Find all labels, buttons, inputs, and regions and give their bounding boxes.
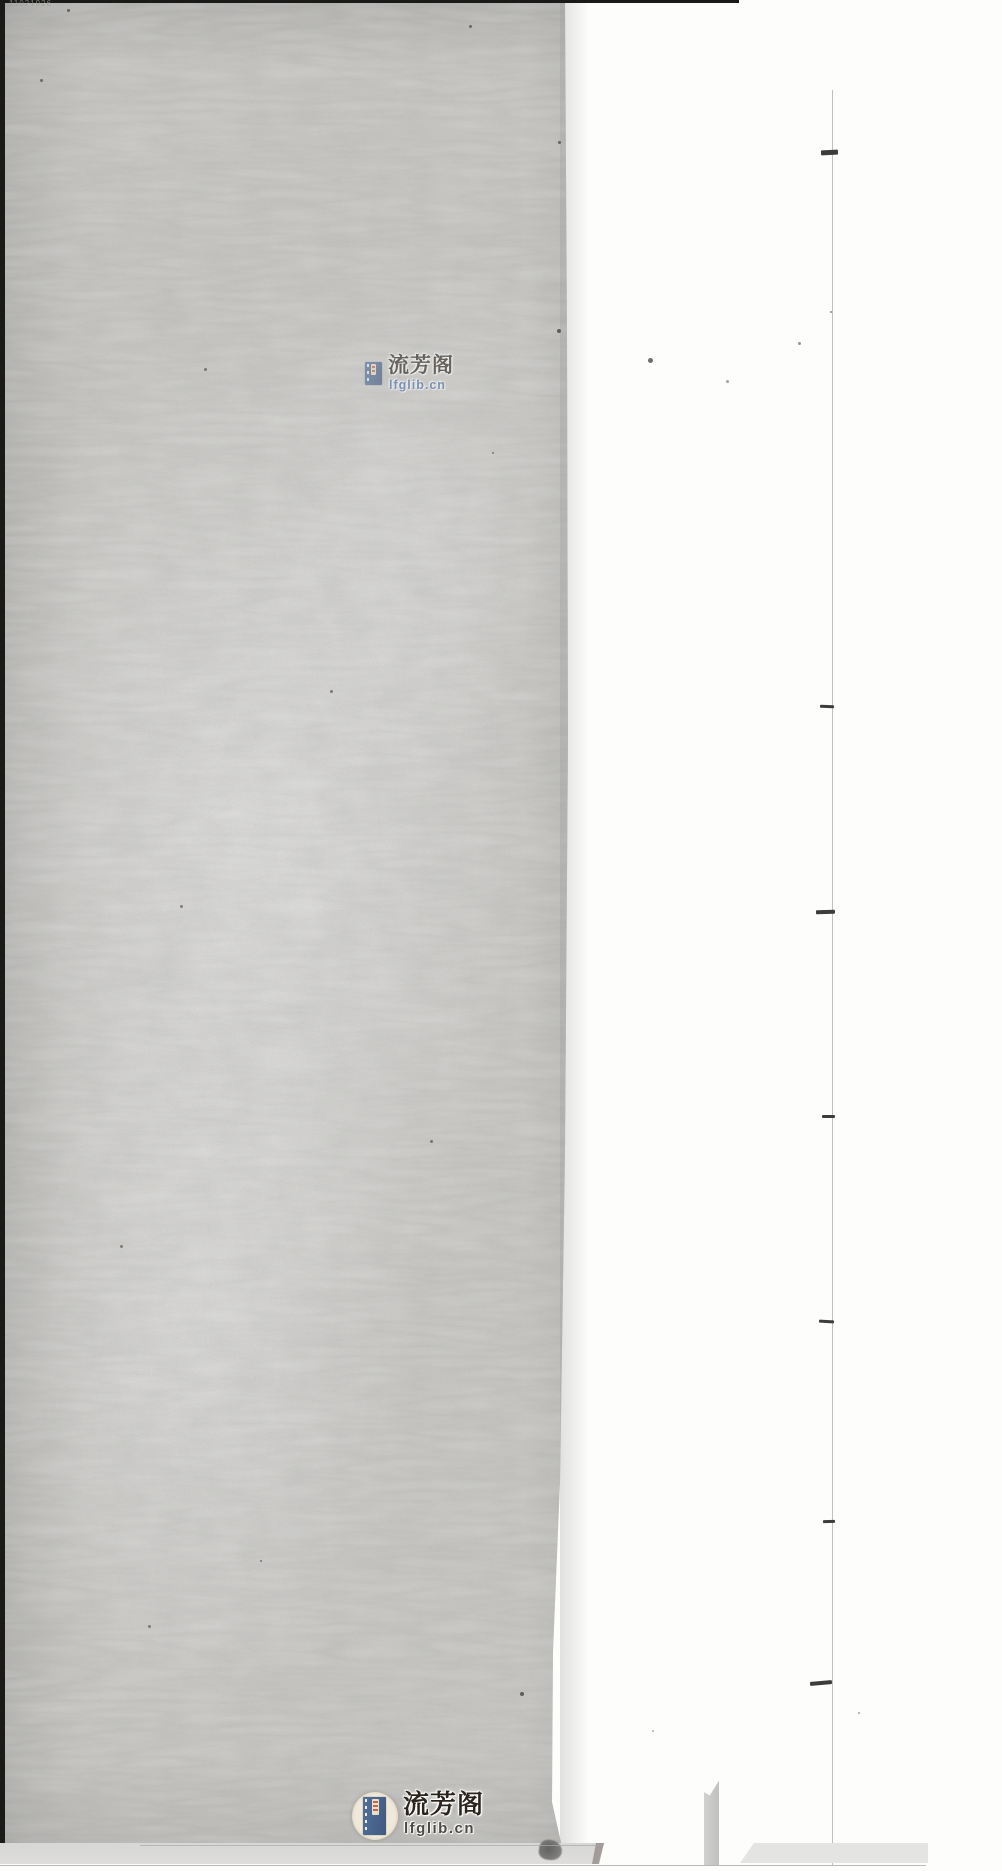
- paper-texture: [4, 2, 570, 1847]
- dust-speck: [180, 905, 183, 908]
- dust-speck: [430, 1140, 433, 1143]
- binding-tick: [821, 150, 838, 156]
- binding-tick: [822, 1115, 835, 1118]
- book-icon: [365, 362, 382, 385]
- bed-hairline-top: [140, 1845, 604, 1846]
- dust-speck: [520, 1692, 524, 1696]
- scan-id-text: 11021926: [9, 0, 52, 8]
- binding-tick: [810, 1680, 832, 1686]
- dust-speck: [492, 452, 494, 454]
- watermark-bottom: 流芳阁 lfglib.cn: [352, 1790, 492, 1844]
- watermark-top: 流芳阁 lfglib.cn: [363, 354, 483, 398]
- book-icon: [363, 1797, 386, 1835]
- binding-tick: [823, 1520, 835, 1523]
- paper-edge-shadow: [560, 2, 602, 1845]
- scanner-bed-strip-left: [0, 1843, 604, 1864]
- scanned-book-page: { "scan": { "id_text": "11021926" }, "wa…: [0, 0, 1002, 1871]
- dust-speck: [652, 1730, 654, 1732]
- scanner-top-edge: [0, 0, 739, 3]
- dust-speck: [557, 329, 561, 333]
- dust-speck: [798, 342, 801, 345]
- scanner-left-edge: [0, 0, 5, 1860]
- binding-line: [832, 90, 833, 1866]
- dust-speck: [726, 380, 729, 383]
- paper-sheet: [4, 2, 570, 1847]
- dust-speck: [204, 368, 207, 371]
- dust-speck: [67, 9, 70, 12]
- book-label: [371, 364, 376, 375]
- dust-speck: [120, 1245, 123, 1248]
- book-label: [372, 1799, 379, 1815]
- dust-speck: [858, 1712, 860, 1714]
- binding-tick: [820, 705, 834, 708]
- book-stitch: [365, 1799, 367, 1833]
- dust-speck: [260, 1560, 262, 1562]
- watermark-brand-text: 流芳阁: [403, 1792, 484, 1818]
- dust-speck: [558, 141, 561, 144]
- watermark-url-text: lfglib.cn: [404, 1821, 475, 1836]
- watermark-brand-text: 流芳阁: [388, 355, 454, 376]
- dust-speck: [148, 1625, 151, 1628]
- dust-speck: [830, 311, 832, 313]
- dust-speck: [330, 690, 333, 693]
- binding-tick: [819, 1320, 834, 1324]
- binding-tick: [816, 910, 835, 915]
- book-stitch: [367, 364, 369, 383]
- dust-speck: [40, 79, 43, 82]
- scanner-bed-strip-right: [740, 1843, 928, 1863]
- bed-hairline-bottom: [0, 1865, 926, 1866]
- dust-speck: [648, 358, 653, 363]
- watermark-url-text: lfglib.cn: [389, 379, 446, 392]
- dust-speck: [469, 25, 472, 28]
